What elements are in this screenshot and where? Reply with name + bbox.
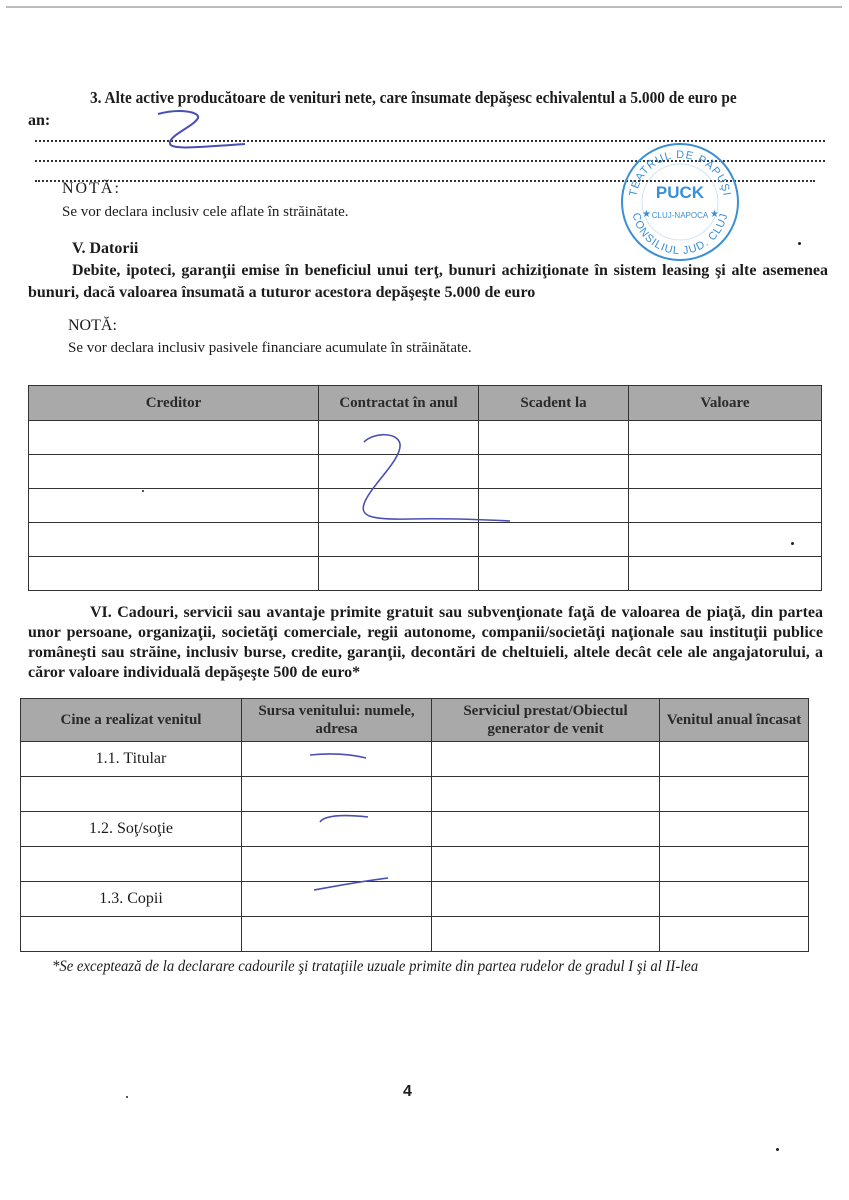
table-row (21, 847, 809, 882)
table-cell (242, 742, 432, 777)
table-cell: 1.1. Titular (21, 742, 242, 777)
scan-speck (776, 1148, 779, 1151)
table-cell (660, 917, 809, 952)
table-cell (479, 557, 629, 591)
table-cell (319, 421, 479, 455)
table-cell (479, 455, 629, 489)
table-cell (432, 812, 660, 847)
table-cell (629, 557, 822, 591)
table-row (21, 917, 809, 952)
table-cell (29, 489, 319, 523)
table-cell (29, 557, 319, 591)
table-cell (479, 421, 629, 455)
gifts-table: Cine a realizat venitul Sursa venitului:… (20, 698, 809, 952)
scan-speck (791, 542, 794, 545)
table-cell (479, 489, 629, 523)
table-cell (242, 812, 432, 847)
section-3-title: 3. Alte active producătoare de venituri … (90, 88, 737, 108)
table-cell (629, 455, 822, 489)
table-cell (21, 777, 242, 812)
column-header-income-source: Sursa venitului: numele, adresa (242, 699, 432, 742)
svg-text:★: ★ (642, 209, 651, 220)
table-cell (319, 455, 479, 489)
table-cell (660, 742, 809, 777)
table-cell (242, 777, 432, 812)
column-header-who-earned: Cine a realizat venitul (21, 699, 242, 742)
column-header-service-object: Serviciul prestat/Obiectul generator de … (432, 699, 660, 742)
table-cell (660, 812, 809, 847)
section-5-title: V. Datorii (72, 240, 138, 258)
table-cell (432, 847, 660, 882)
table-cell (29, 421, 319, 455)
scan-speck (142, 490, 144, 492)
table-cell (29, 523, 319, 557)
table-cell (660, 882, 809, 917)
table-cell (242, 882, 432, 917)
table-cell (21, 847, 242, 882)
svg-text:★: ★ (710, 209, 719, 220)
table-cell (629, 421, 822, 455)
table-cell: 1.3. Copii (21, 882, 242, 917)
table-cell (21, 917, 242, 952)
scan-edge-line (6, 6, 842, 8)
table-cell (660, 847, 809, 882)
column-header-creditor: Creditor (29, 386, 319, 421)
table-row (29, 557, 822, 591)
table-row (21, 777, 809, 812)
table-cell (319, 557, 479, 591)
table-cell: 1.2. Soţ/soţie (21, 812, 242, 847)
section-6-description: VI. Cadouri, servicii sau avantaje primi… (28, 603, 823, 683)
table-row: 1.3. Copii (21, 882, 809, 917)
table-cell (242, 847, 432, 882)
table-row (29, 455, 822, 489)
table-row (29, 523, 822, 557)
table-cell (432, 917, 660, 952)
official-stamp: TEATRUL DE PĂPUŞI CONSILIUL JUD. CLUJ PU… (618, 140, 742, 264)
section-3-nota-text: Se vor declara inclusiv cele aflate în s… (62, 204, 349, 221)
column-header-annual-income: Venitul anual încasat (660, 699, 809, 742)
table-row: 1.1. Titular (21, 742, 809, 777)
page-number: 4 (403, 1083, 412, 1101)
section-3-title-continuation: an: (28, 112, 50, 130)
table-cell (660, 777, 809, 812)
footnote: *Se exceptează de la declarare cadourile… (52, 958, 698, 976)
table-cell (432, 742, 660, 777)
column-header-contract-year: Contractat în anul (319, 386, 479, 421)
svg-text:CLUJ-NAPOCA: CLUJ-NAPOCA (652, 211, 709, 220)
handwritten-dash-mark (150, 108, 260, 158)
table-cell (432, 882, 660, 917)
table-row (29, 421, 822, 455)
table-cell (629, 489, 822, 523)
table-cell (479, 523, 629, 557)
debts-table: Creditor Contractat în anul Scadent la V… (28, 385, 822, 591)
section-3-nota-label: NOTĂ: (62, 180, 121, 198)
table-cell (432, 777, 660, 812)
table-row: 1.2. Soţ/soţie (21, 812, 809, 847)
column-header-due-date: Scadent la (479, 386, 629, 421)
section-5-description: Debite, ipoteci, garanţii emise în benef… (28, 260, 828, 304)
section-5-nota-label: NOTĂ: (68, 317, 117, 335)
table-cell (29, 455, 319, 489)
table-cell (242, 917, 432, 952)
table-row (29, 489, 822, 523)
table-cell (629, 523, 822, 557)
column-header-value: Valoare (629, 386, 822, 421)
scan-speck (126, 1096, 128, 1098)
table-cell (319, 523, 479, 557)
section-5-nota-text: Se vor declara inclusiv pasivele financi… (68, 340, 472, 357)
svg-text:PUCK: PUCK (656, 183, 705, 202)
table-cell (319, 489, 479, 523)
scan-speck (798, 242, 801, 245)
